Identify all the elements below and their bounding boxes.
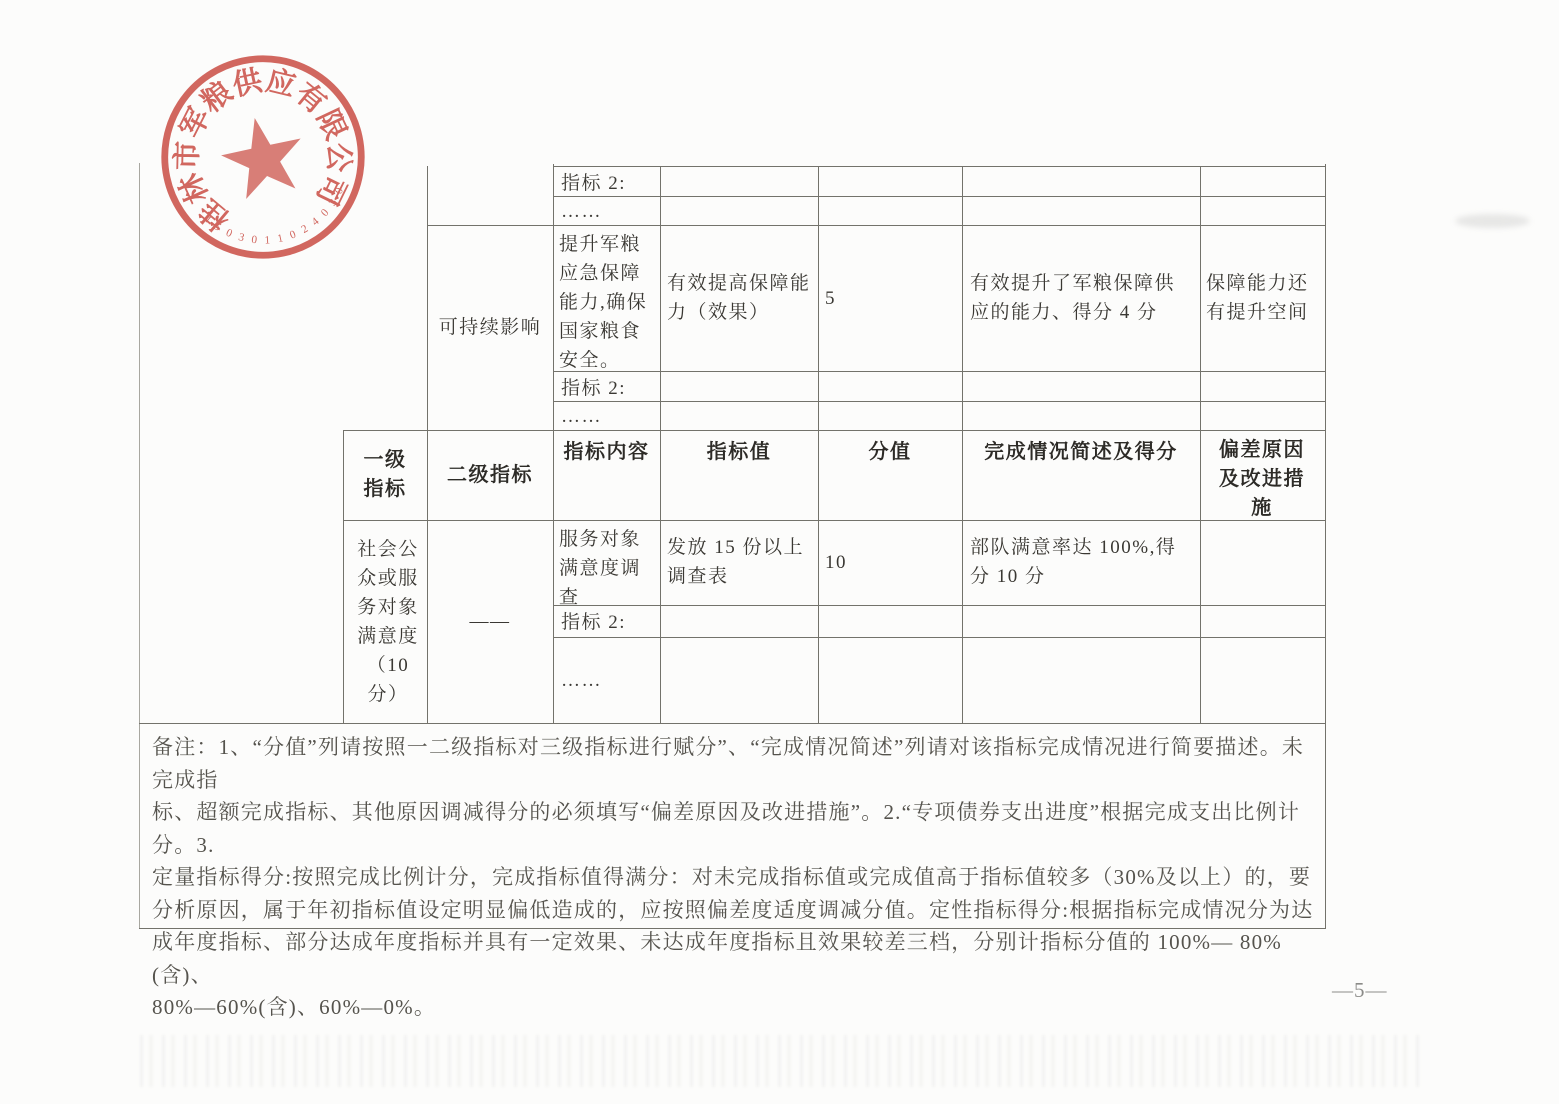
cell-level2-satisfaction: —— bbox=[427, 520, 553, 723]
header-level1: 一级指标 bbox=[353, 430, 417, 520]
notes-line: 备注：1、“分值”列请按照一二级指标对三级指标进行赋分”、“完成情况简述”列请对… bbox=[152, 731, 1320, 796]
svg-text:2: 2 bbox=[299, 223, 310, 236]
notes-line: 标、超额完成指标、其他原因调减得分的必须填写“偏差原因及改进措施”。2.“专项债… bbox=[152, 796, 1320, 861]
header-content: 指标内容 bbox=[553, 438, 660, 467]
svg-text:1: 1 bbox=[264, 234, 270, 246]
table-border-line bbox=[553, 637, 1326, 638]
table-border-line bbox=[553, 371, 1326, 372]
cell-deviation-sustainability: 保障能力还有提升空间 bbox=[1206, 225, 1319, 371]
cell-indicator2-label: 指标 2: bbox=[561, 608, 656, 637]
cell-score-satisfaction: 10 bbox=[825, 520, 955, 605]
notes-line: 80%—60%(含)、60%—0%。 bbox=[152, 991, 1320, 1024]
table-border-line bbox=[343, 430, 344, 723]
scan-bleedthrough-artifact bbox=[140, 1035, 1420, 1087]
table-outer-right-border bbox=[1325, 164, 1326, 928]
cell-score-sustainability: 5 bbox=[825, 225, 955, 371]
svg-text:0: 0 bbox=[224, 227, 234, 240]
cell-ellipsis: …… bbox=[561, 402, 656, 431]
table-border-line bbox=[553, 196, 1326, 197]
seal-star-icon bbox=[215, 110, 311, 203]
table-border-line bbox=[553, 401, 1326, 402]
cell-indicator2-label: 指标 2: bbox=[561, 374, 656, 403]
table-border-line bbox=[553, 605, 1326, 606]
cell-ellipsis: …… bbox=[561, 637, 656, 723]
cell-target-satisfaction: 发放 15 份以上调查表 bbox=[667, 533, 813, 591]
cell-content-sustainability: 提升军粮应急保障能力,确保国家粮食安全。 bbox=[559, 230, 655, 375]
scanned-document-page: 桂林市军粮供应有限公司 4503011024030 指标 2: …… 可持续影响… bbox=[0, 0, 1559, 1104]
notes-line: 分析原因，属于年初指标值设定明显偏低造成的，应按照偏差度适度调减分值。定性指标得… bbox=[152, 894, 1320, 927]
svg-text:公: 公 bbox=[322, 143, 354, 173]
scan-smudge-artifact bbox=[1455, 214, 1530, 228]
cell-indicator2-label: 指标 2: bbox=[561, 169, 656, 198]
svg-text:4: 4 bbox=[310, 215, 322, 228]
svg-text:0: 0 bbox=[288, 228, 298, 241]
notes-block: 备注：1、“分值”列请按照一二级指标对三级指标进行赋分”、“完成情况简述”列请对… bbox=[152, 731, 1320, 1024]
cell-content-satisfaction: 服务对象满意度调查 bbox=[559, 525, 655, 612]
notes-line: 定量指标得分:按照完成比例计分，完成指标值得满分：对未完成指标值或完成值高于指标… bbox=[152, 861, 1320, 894]
header-score: 分值 bbox=[818, 438, 962, 467]
page-number: —5— bbox=[1332, 978, 1388, 1003]
notes-line: 成年度指标、部分达成年度指标并具有一定效果、未达成年度指标且效果较差三档，分别计… bbox=[152, 926, 1320, 991]
svg-text:市: 市 bbox=[171, 140, 205, 170]
header-level2: 二级指标 bbox=[427, 430, 553, 520]
header-completion: 完成情况简述及得分 bbox=[962, 438, 1200, 467]
table-border-line bbox=[1200, 166, 1201, 723]
cell-level1-satisfaction: 社会公众或服务对象满意度（10分） bbox=[355, 520, 421, 723]
cell-target-sustainability: 有效提高保障能力（效果） bbox=[667, 225, 811, 371]
table-outer-left-border bbox=[139, 163, 140, 928]
cell-completion-sustainability: 有效提升了军粮保障供应的能力、得分 4 分 bbox=[970, 225, 1192, 371]
svg-text:1: 1 bbox=[276, 232, 284, 245]
company-seal: 桂林市军粮供应有限公司 4503011024030 bbox=[156, 50, 370, 264]
header-deviation: 偏差原因及改进措施 bbox=[1216, 436, 1308, 523]
cell-ellipsis: …… bbox=[561, 197, 656, 226]
svg-text:3: 3 bbox=[237, 231, 246, 244]
svg-text:0: 0 bbox=[251, 234, 258, 247]
header-target: 指标值 bbox=[660, 438, 818, 467]
cell-level2-sustainability: 可持续影响 bbox=[427, 225, 553, 430]
table-border-line bbox=[553, 166, 1326, 167]
notes-box-top-border bbox=[139, 723, 1326, 724]
svg-text:供: 供 bbox=[229, 63, 265, 102]
cell-completion-satisfaction: 部队满意率达 100%,得分 10 分 bbox=[970, 533, 1192, 591]
svg-text:0: 0 bbox=[319, 207, 332, 219]
